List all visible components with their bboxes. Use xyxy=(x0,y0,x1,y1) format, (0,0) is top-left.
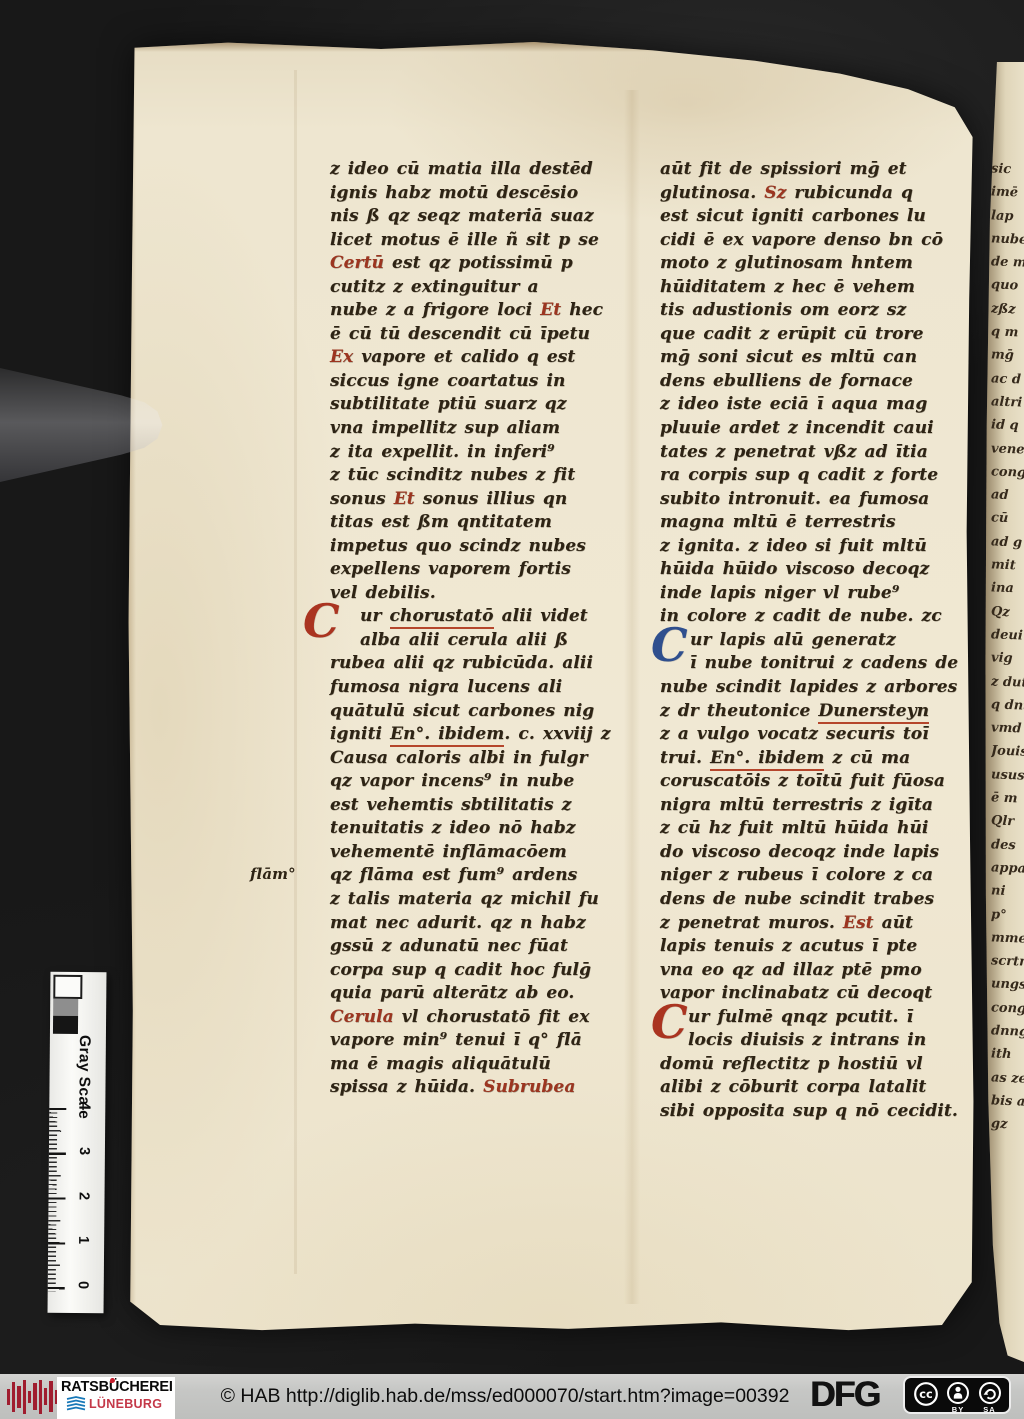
next-page-text-line: mme xyxy=(991,926,1024,950)
manuscript-text-line: qz flāma est fum⁹ ardens xyxy=(330,864,628,888)
next-page-text-line: q m xyxy=(991,321,1024,345)
manuscript-text-line: z ita expellit. in inferi⁹ xyxy=(330,441,628,465)
next-page-text-line: dnngz xyxy=(991,1019,1024,1043)
manuscript-text-line: vehementē inflāmacōem xyxy=(330,841,628,865)
svg-text:cc: cc xyxy=(919,1387,932,1401)
manuscript-text-line: locis diuisis z intrans in xyxy=(660,1029,972,1053)
manuscript-text-line: subito intronuit. ea fumosa xyxy=(660,488,972,512)
next-page-text-line: ad g xyxy=(991,530,1024,554)
manuscript-text-line: cutitz z extinguitur a xyxy=(330,276,628,300)
illuminated-initial: C xyxy=(651,1001,688,1043)
margin-note: flām° xyxy=(250,865,296,883)
manuscript-text-line: z ideo iste eciā ī aqua mag xyxy=(660,393,972,417)
ruler-number: 1 xyxy=(75,1236,91,1252)
ruler-number: 2 xyxy=(75,1192,91,1208)
manuscript-text-line: coruscatōis z toītū fuit fūosa xyxy=(660,770,972,794)
cc-license-badge: cc BY SA xyxy=(903,1376,1011,1414)
manuscript-text-line: z cū hz fuit mltū hūida hūi xyxy=(660,817,972,841)
ruler-number: 0 xyxy=(75,1281,91,1297)
next-page-text-fragments: sicimēlapnubede mquozßzq mmḡac daltriid … xyxy=(991,158,1024,1136)
manuscript-text-line: z tūc scinditz nubes z fit xyxy=(330,464,628,488)
manuscript-text-line: vna eo qz ad illaz ptē pmo xyxy=(660,959,972,983)
manuscript-text-line: ur chorustatō alii videt xyxy=(330,605,628,629)
manuscript-text-line: z ideo cū matia illa destēd xyxy=(330,158,628,182)
manuscript-text-line: vel debilis. xyxy=(330,582,628,606)
attribution-text: © HAB http://diglib.hab.de/mss/ed000070/… xyxy=(200,1374,810,1419)
manuscript-text-line: tenuitatis z ideo nō habz xyxy=(330,817,628,841)
manuscript-text-line: ē cū tū descendit cū īpetu xyxy=(330,323,628,347)
next-page-text-line: altri xyxy=(991,390,1024,414)
manuscript-text-line: glutinosa. Sz rubicunda q xyxy=(660,182,972,206)
manuscript-text-line: nube z a frigore loci Et hec xyxy=(330,299,628,323)
next-page-text-line: scrtm xyxy=(991,950,1024,974)
next-page-text-line: usus xyxy=(991,763,1024,787)
manuscript-text-line: domū reflectitz p hostiū vl xyxy=(660,1053,972,1077)
next-page-text-line: cū xyxy=(991,507,1024,531)
next-page-text-line: Qz xyxy=(991,600,1024,624)
manuscript-text-line: z dr theutonice Dunersteyn xyxy=(660,700,972,724)
next-page-text-line: ungs xyxy=(991,973,1024,997)
next-page-text-line: Jouis xyxy=(991,740,1024,764)
next-page-text-line: zßz xyxy=(991,297,1024,321)
next-page-text-line: mḡ xyxy=(991,344,1024,368)
next-page-text-line: q dnt xyxy=(991,693,1024,717)
ruler-white-patch xyxy=(53,975,82,999)
manuscript-text-line: sibi opposita sup q nō cecidit. xyxy=(660,1100,972,1124)
next-page-text-line: bis alt xyxy=(991,1089,1024,1113)
manuscript-text-line: corpa sup q cadit hoc fulḡ xyxy=(330,959,628,983)
text-column-right: aūt fit de spissiori mḡ etglutinosa. Sz … xyxy=(660,158,972,1123)
manuscript-text-line: tates z penetrat vßz ad ītia xyxy=(660,441,972,465)
logo-library-name: RATSBÜCHEREI xyxy=(61,1380,171,1395)
manuscript-text-line: inde lapis niger vl rube⁹ xyxy=(660,582,972,606)
manuscript-text-line: mḡ soni sicut es mltū can xyxy=(660,346,972,370)
manuscript-text-line: subtilitate ptiū suarz qz xyxy=(330,393,628,417)
manuscript-text-line: fumosa nigra lucens ali xyxy=(330,676,628,700)
next-page-text-line: vene xyxy=(991,437,1024,461)
manuscript-text-line: z talis materia qz michil fu xyxy=(330,888,628,912)
next-page-text-line: nube xyxy=(991,227,1024,251)
next-page-text-line: cong xyxy=(991,460,1024,484)
cc-symbol-icon: cc xyxy=(913,1381,939,1407)
manuscript-text-line: Certū est qz potissimū p xyxy=(330,252,628,276)
next-page-text-line: gz xyxy=(991,1113,1024,1137)
manuscript-text-line: ur lapis alū generatz xyxy=(660,629,972,653)
next-page-text-line: de m xyxy=(991,251,1024,275)
next-page-text-line: ad xyxy=(991,484,1024,508)
ruler-black-patch xyxy=(53,1016,78,1034)
book-waves-icon xyxy=(66,1396,86,1411)
manuscript-text-line: impetus quo scindz nubes xyxy=(330,535,628,559)
manuscript-text-line: qz vapor incens⁹ in nube xyxy=(330,770,628,794)
manuscript-text-line: spissa z hūida. Subrubea xyxy=(330,1076,628,1100)
organ-pipes-icon xyxy=(7,1378,63,1415)
manuscript-text-line: z a vulgo vocatz securis toī xyxy=(660,723,972,747)
manuscript-text-line: moto z glutinosam hntem xyxy=(660,252,972,276)
manuscript-text-line: dens de nube scindit trabes xyxy=(660,888,972,912)
manuscript-text-line: ur fulmē qnqz pcutit. ī xyxy=(660,1006,972,1030)
next-page-text-line: p° xyxy=(991,903,1024,927)
manuscript-text-line: z ignita. z ideo si fuit mltū xyxy=(660,535,972,559)
next-page-text-line: appar xyxy=(991,856,1024,880)
manuscript-text-line: nigra mltū terrestris z igīta xyxy=(660,794,972,818)
cc-by-icon: BY xyxy=(946,1381,970,1414)
ruler-number: 3 xyxy=(76,1147,92,1163)
manuscript-text-line: vapore min⁹ tenui ī q° flā xyxy=(330,1029,628,1053)
manuscript-text-line: mat nec adurit. qz n habz xyxy=(330,912,628,936)
manuscript-text-line: quia parū alterātz ab eo. xyxy=(330,982,628,1006)
manuscript-text-line: Cerula vl chorustatō fit ex xyxy=(330,1006,628,1030)
next-page-text-line: imē xyxy=(991,181,1024,205)
ruler-major-ticks xyxy=(48,1108,67,1292)
manuscript-text-line: lapis tenuis z acutus ī pte xyxy=(660,935,972,959)
next-page-text-line: quo xyxy=(991,274,1024,298)
manuscript-text-line: rubea alii qz rubicūda. alii xyxy=(330,652,628,676)
manuscript-text-line: tis adustionis om eorz sz xyxy=(660,299,972,323)
manuscript-text-line: gssū z adunatū nec fūat xyxy=(330,935,628,959)
manuscript-text-line: vapor inclinabatz cū decoqt xyxy=(660,982,972,1006)
next-page-text-line: z dut xyxy=(991,670,1024,694)
manuscript-text-line: sonus Et sonus illius qn xyxy=(330,488,628,512)
manuscript-text-line: nis ß qz seqz materiā suaz xyxy=(330,205,628,229)
manuscript-text-line: nube scindit lapides z arbores xyxy=(660,676,972,700)
manuscript-text-line: vna impellitz sup aliam xyxy=(330,417,628,441)
logo-city-name: LÜNEBURG xyxy=(89,1397,162,1411)
next-page-text-line: vmd xyxy=(991,717,1024,741)
manuscript-text-line: quātulū sicut carbones nig xyxy=(330,700,628,724)
next-page-text-line: deui xyxy=(991,623,1024,647)
manuscript-text-line: licet motus ē ille ñ sit p se xyxy=(330,229,628,253)
logo-red-dot-icon xyxy=(110,1378,115,1383)
manuscript-text-line: Causa caloris albi in fulgr xyxy=(330,747,628,771)
next-page-text-line: des xyxy=(991,833,1024,857)
footer-bar: RATSBÜCHEREI LÜNEBURG © HAB http://digli… xyxy=(0,1374,1024,1419)
grayscale-ruler: Gray Scale 43210 xyxy=(48,972,107,1313)
manuscript-text-line: do viscoso decoqz inde lapis xyxy=(660,841,972,865)
manuscript-text-line: expellens vaporem fortis xyxy=(330,558,628,582)
next-page-text-line: congt xyxy=(991,996,1024,1020)
manuscript-text-line: cidi ē ex vapore denso bn cō xyxy=(660,229,972,253)
manuscript-text-line: magna mltū ē terrestris xyxy=(660,511,972,535)
manuscript-text-line: hūiditatem z hec ē vehem xyxy=(660,276,972,300)
manuscript-text-line: titas est ßm qntitatem xyxy=(330,511,628,535)
next-page-text-line: ina xyxy=(991,577,1024,601)
next-page-edge: sicimēlapnubede mquozßzq mmḡac daltriid … xyxy=(983,62,1024,1362)
manuscript-text-line: dens ebulliens de fornace xyxy=(660,370,972,394)
next-page-text-line: mit xyxy=(991,553,1024,577)
manuscript-text-line: hūida hūido viscoso decoqz xyxy=(660,558,972,582)
next-page-text-line: as ze xyxy=(991,1066,1024,1090)
illuminated-initial: C xyxy=(303,600,340,642)
manuscript-text-line: Ex vapore et calido q est xyxy=(330,346,628,370)
next-page-text-line: Qlr xyxy=(991,810,1024,834)
manuscript-text-line: igniti En°. ibidem. c. xxviij z xyxy=(330,723,628,747)
next-page-text-line: id q xyxy=(991,414,1024,438)
ratsbuecherei-logo: RATSBÜCHEREI LÜNEBURG xyxy=(57,1377,175,1419)
manuscript-text-line: alibi z cōburit corpa latalit xyxy=(660,1076,972,1100)
manuscript-page: z ideo cū matia illa destēdignis habz mo… xyxy=(126,40,976,1334)
manuscript-text-line: niger z rubeus ī colore z ca xyxy=(660,864,972,888)
manuscript-text-line: trui. En°. ibidem z cū ma xyxy=(660,747,972,771)
manuscript-text-line: que cadit z erūpit cū trore xyxy=(660,323,972,347)
next-page-text-line: ni xyxy=(991,880,1024,904)
photograph-stage: z ideo cū matia illa destēdignis habz mo… xyxy=(0,0,1024,1419)
text-column-left: z ideo cū matia illa destēdignis habz mo… xyxy=(330,158,628,1100)
manuscript-text-line: alba alii cerula alii ß xyxy=(330,629,628,653)
illuminated-initial: C xyxy=(651,624,688,666)
manuscript-text-line: ma ē magis aliquātulū xyxy=(330,1053,628,1077)
manuscript-text-line: aūt fit de spissiori mḡ et xyxy=(660,158,972,182)
cc-sa-icon: SA xyxy=(978,1381,1002,1414)
manuscript-text-line: ī nube tonitrui z cadens de xyxy=(660,652,972,676)
next-page-text-line: ac d xyxy=(991,367,1024,391)
next-page-text-line: sic xyxy=(991,158,1024,182)
next-page-text-line: lap xyxy=(991,204,1024,228)
ruler-gray-patch xyxy=(53,999,78,1016)
manuscript-text-line: ignis habz motū descēsio xyxy=(330,182,628,206)
next-page-text-line: ē m xyxy=(991,786,1024,810)
next-page-text-line: vig xyxy=(991,647,1024,671)
manuscript-text-line: in colore z cadit de nube. zc xyxy=(660,605,972,629)
manuscript-text-line: z penetrat muros. Est aūt xyxy=(660,912,972,936)
left-ruling-line xyxy=(294,70,297,1274)
ruler-number: 4 xyxy=(76,1102,92,1118)
manuscript-text-line: pluuie ardet z incendit caui xyxy=(660,417,972,441)
manuscript-text-line: est vehemtis sbtilitatis z xyxy=(330,794,628,818)
dfg-logo: DFG xyxy=(810,1375,879,1415)
manuscript-text-line: siccus igne coartatus in xyxy=(330,370,628,394)
manuscript-text-line: est sicut igniti carbones lu xyxy=(660,205,972,229)
manuscript-text-line: ra corpis sup q cadit z forte xyxy=(660,464,972,488)
next-page-text-line: ith xyxy=(991,1043,1024,1067)
